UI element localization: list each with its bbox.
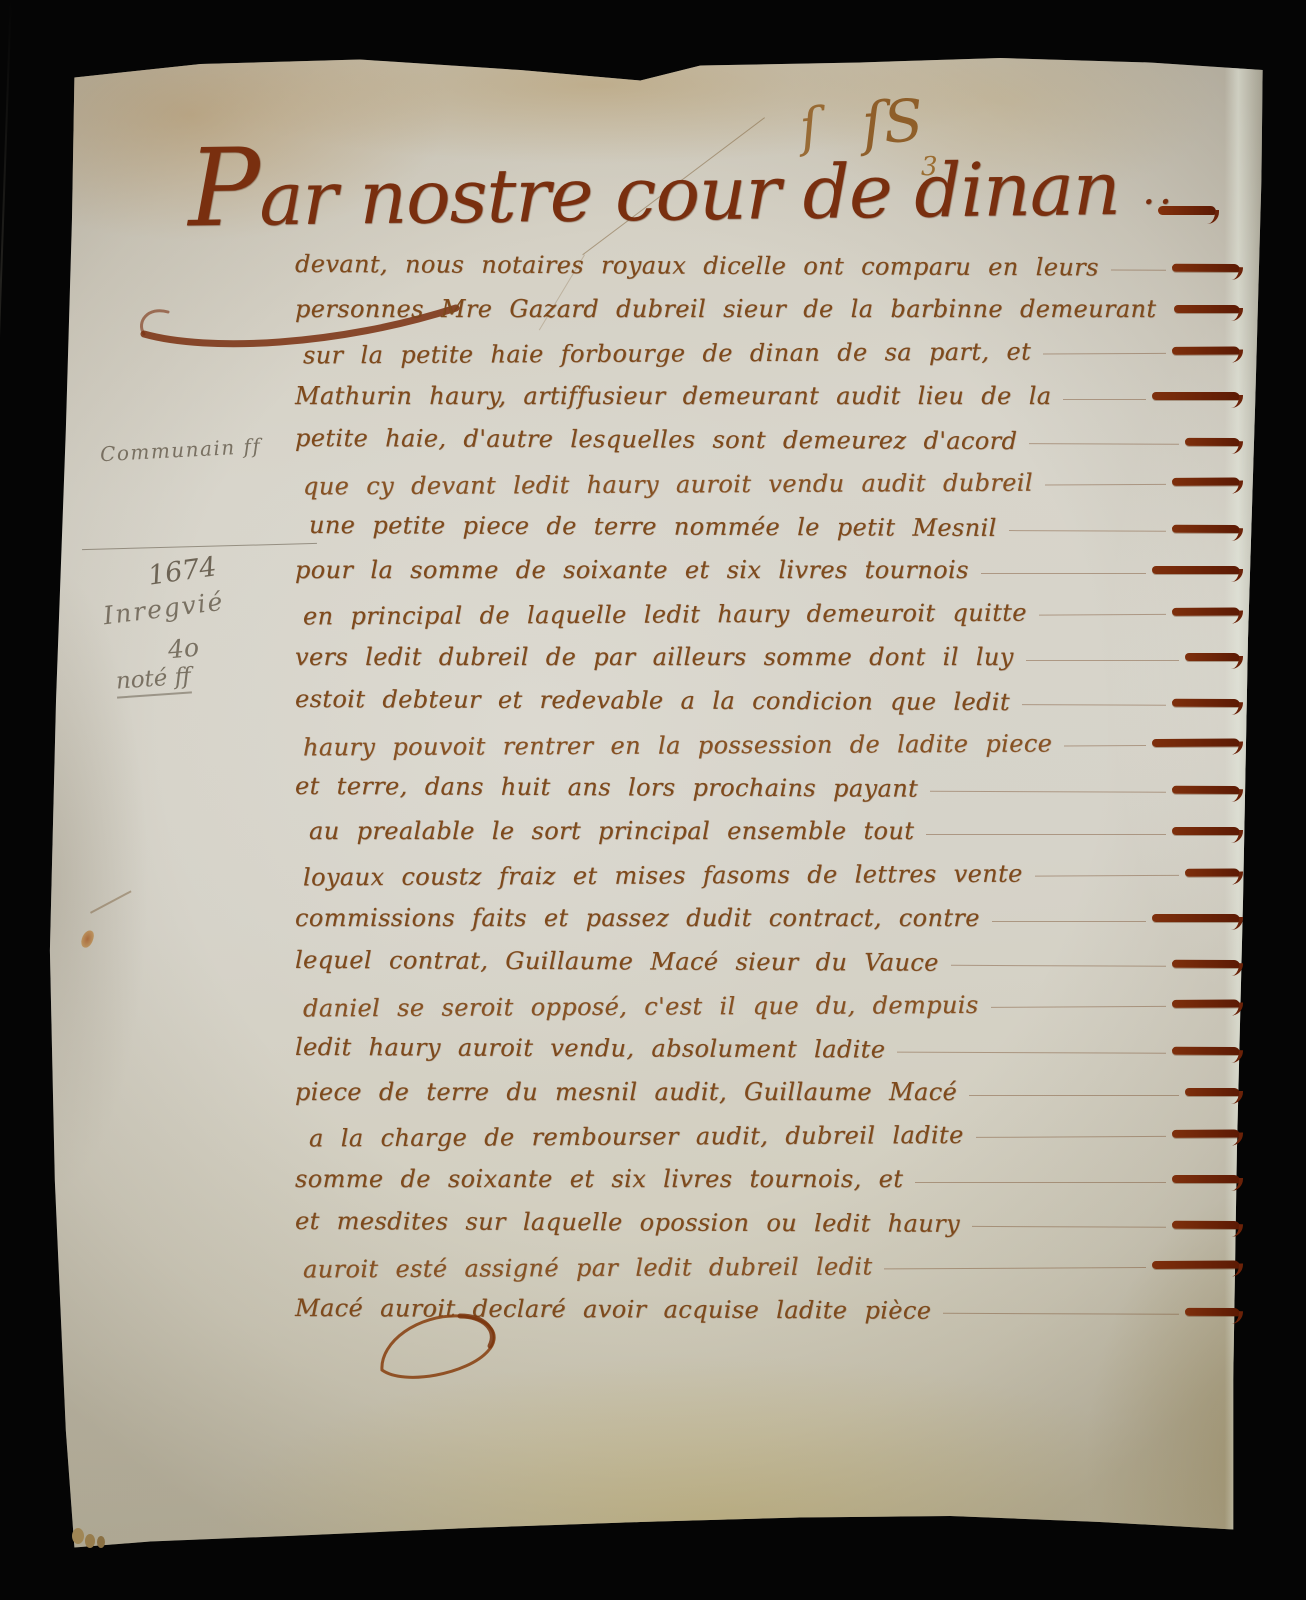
manuscript-line-text: personnes Mre Gazard dubreil sieur de la… <box>295 295 1156 323</box>
manuscript-line-text: somme de soixante et six livres tournois… <box>295 1165 903 1193</box>
manuscript-line: vers ledit dubreil de par ailleurs somme… <box>295 636 1240 680</box>
line-filler-dash <box>1172 999 1240 1007</box>
line-filler-dash <box>1152 566 1240 574</box>
line-rule <box>1064 745 1146 746</box>
line-filler-dash <box>1172 477 1240 485</box>
line-filler-dash <box>1172 346 1240 354</box>
line-rule <box>992 921 1146 922</box>
line-rule <box>1045 484 1166 486</box>
manuscript-line: que cy devant ledit haury auroit vendu a… <box>295 459 1240 507</box>
manuscript-title-text: Par nostre cour de dinan <box>188 146 1121 243</box>
manuscript-line: piece de terre du mesnil audit, Guillaum… <box>295 1071 1240 1115</box>
crease-line <box>0 0 12 560</box>
manuscript-line: estoit debteur et redevable a la condici… <box>295 677 1240 725</box>
margin-note-noted: noté ff <box>115 663 192 698</box>
manuscript-line: commissions faits et passez dudit contra… <box>295 897 1240 941</box>
line-rule <box>1043 353 1166 355</box>
manuscript-line-text: pour la somme de soixante et six livres … <box>295 556 969 584</box>
line-filler-dash <box>1172 786 1240 794</box>
line-filler-dash <box>1174 305 1240 313</box>
line-filler-dash <box>1172 607 1240 615</box>
line-rule <box>915 1182 1166 1183</box>
manuscript-line-text: daniel se seroit opposé, c'est il que du… <box>303 990 979 1022</box>
margin-note-folio: 4o <box>167 633 200 665</box>
line-filler-dash <box>1152 914 1240 922</box>
line-rule <box>1009 530 1166 532</box>
manuscript-line: sur la petite haie forbourge de dinan de… <box>295 329 1240 377</box>
line-filler-dash <box>1172 1047 1240 1055</box>
manuscript-line-text: en principal de laquelle ledit haury dem… <box>303 598 1027 630</box>
line-filler-dash <box>1172 1175 1240 1183</box>
manuscript-title: Par nostre cour de dinan .. <box>187 114 1228 252</box>
line-filler-dash <box>1172 1221 1240 1229</box>
line-rule <box>991 1006 1166 1008</box>
line-filler-dash <box>1172 264 1240 272</box>
manuscript-line-text: sur la petite haie forbourge de dinan de… <box>303 337 1031 369</box>
manuscript-line-text: et mesdites sur laquelle opossion ou led… <box>295 1207 960 1238</box>
line-rule <box>976 1136 1166 1138</box>
manuscript-line-text: et terre, dans huit ans lors prochains p… <box>295 772 918 803</box>
line-filler-dash <box>1152 738 1240 746</box>
manuscript-line-text: ledit haury auroit vendu, absolument lad… <box>295 1033 885 1064</box>
photo-background: ſ ſS 3 Par nostre cour de dinan .. devan… <box>0 0 1306 1600</box>
manuscript-line: somme de soixante et six livres tournois… <box>295 1158 1240 1202</box>
line-rule <box>1022 704 1166 706</box>
line-rule <box>951 965 1166 967</box>
manuscript-line-text: une petite piece de terre nommée le peti… <box>309 511 997 542</box>
line-filler-dash <box>1185 1088 1240 1096</box>
manuscript-line: auroit esté assigné par ledit dubreil le… <box>295 1242 1240 1290</box>
line-filler-dash <box>1152 392 1240 400</box>
line-rule <box>897 1052 1166 1054</box>
manuscript-line: ledit haury auroit vendu, absolument lad… <box>295 1025 1240 1073</box>
manuscript-line: haury pouvoit rentrer en la possession d… <box>295 720 1240 768</box>
line-rule <box>884 1267 1146 1269</box>
manuscript-line: loyaux coustz fraiz et mises fasoms de l… <box>295 851 1240 899</box>
line-rule <box>943 1313 1179 1315</box>
manuscript-line-text: que cy devant ledit haury auroit vendu a… <box>303 468 1033 500</box>
line-filler-dash <box>1172 827 1240 835</box>
line-rule <box>1063 399 1146 400</box>
parchment-corner-knot <box>72 1528 84 1544</box>
manuscript-line-text: au prealable le sort principal ensemble … <box>309 817 914 845</box>
manuscript-line-text: piece de terre du mesnil audit, Guillaum… <box>295 1078 957 1106</box>
manuscript-line: petite haie, d'autre lesquelles sont dem… <box>295 416 1240 464</box>
line-filler-dash <box>1185 438 1240 446</box>
manuscript-line-text: devant, nous notaires royaux dicelle ont… <box>295 250 1099 282</box>
manuscript-line-text: Mathurin haury, artiffusieur demeurant a… <box>295 382 1051 410</box>
manuscript-line: et mesdites sur laquelle opossion ou led… <box>295 1199 1240 1247</box>
manuscript-line: a la charge de rembourser audit, dubreil… <box>295 1112 1240 1160</box>
line-rule <box>981 573 1146 574</box>
manuscript-line-text: haury pouvoit rentrer en la possession d… <box>303 729 1052 761</box>
manuscript-line-text: commissions faits et passez dudit contra… <box>295 904 980 932</box>
manuscript-line-text: petite haie, d'autre lesquelles sont dem… <box>295 424 1017 455</box>
line-rule <box>1035 875 1179 877</box>
line-rule <box>969 1095 1179 1096</box>
manuscript-line: pour la somme de soixante et six livres … <box>295 549 1240 593</box>
line-rule <box>1111 270 1166 271</box>
line-rule <box>1026 660 1179 661</box>
manuscript-line: lequel contrat, Guillaume Macé sieur du … <box>295 938 1240 986</box>
closing-loop-flourish <box>366 1306 516 1396</box>
title-end-filler-dash <box>1158 206 1216 215</box>
manuscript-line: Mathurin haury, artiffusieur demeurant a… <box>295 375 1240 419</box>
line-filler-dash <box>1172 699 1240 707</box>
manuscript-line: au prealable le sort principal ensemble … <box>295 810 1240 854</box>
manuscript-line-text: a la charge de rembourser audit, dubreil… <box>309 1121 964 1152</box>
manuscript-line-text: loyaux coustz fraiz et mises fasoms de l… <box>303 859 1023 891</box>
manuscript-line-text: auroit esté assigné par ledit dubreil le… <box>303 1252 873 1283</box>
manuscript-line-text: lequel contrat, Guillaume Macé sieur du … <box>295 946 939 977</box>
line-rule <box>930 791 1166 793</box>
line-rule <box>972 1226 1166 1228</box>
manuscript-line-text: estoit debteur et redevable a la condici… <box>295 685 1010 716</box>
line-filler-dash <box>1185 1308 1240 1316</box>
line-rule <box>1039 614 1166 616</box>
line-rule <box>1029 443 1179 445</box>
line-filler-dash <box>1172 1129 1240 1137</box>
manuscript-line: une petite piece de terre nommée le peti… <box>295 503 1240 551</box>
manuscript-line: en principal de laquelle ledit haury dem… <box>295 590 1240 638</box>
line-filler-dash <box>1172 960 1240 968</box>
manuscript-line-text: vers ledit dubreil de par ailleurs somme… <box>295 643 1014 671</box>
line-filler-dash <box>1185 653 1240 661</box>
manuscript-line: devant, nous notaires royaux dicelle ont… <box>295 242 1240 290</box>
line-filler-dash <box>1152 1260 1240 1268</box>
line-rule <box>926 834 1166 835</box>
manuscript-line: daniel se seroit opposé, c'est il que du… <box>295 981 1240 1029</box>
manuscript-body: devant, nous notaires royaux dicelle ont… <box>295 244 1240 1332</box>
manuscript-line: personnes Mre Gazard dubreil sieur de la… <box>295 288 1240 332</box>
line-filler-dash <box>1185 868 1240 876</box>
line-filler-dash <box>1172 525 1240 533</box>
manuscript-line: et terre, dans huit ans lors prochains p… <box>295 764 1240 812</box>
